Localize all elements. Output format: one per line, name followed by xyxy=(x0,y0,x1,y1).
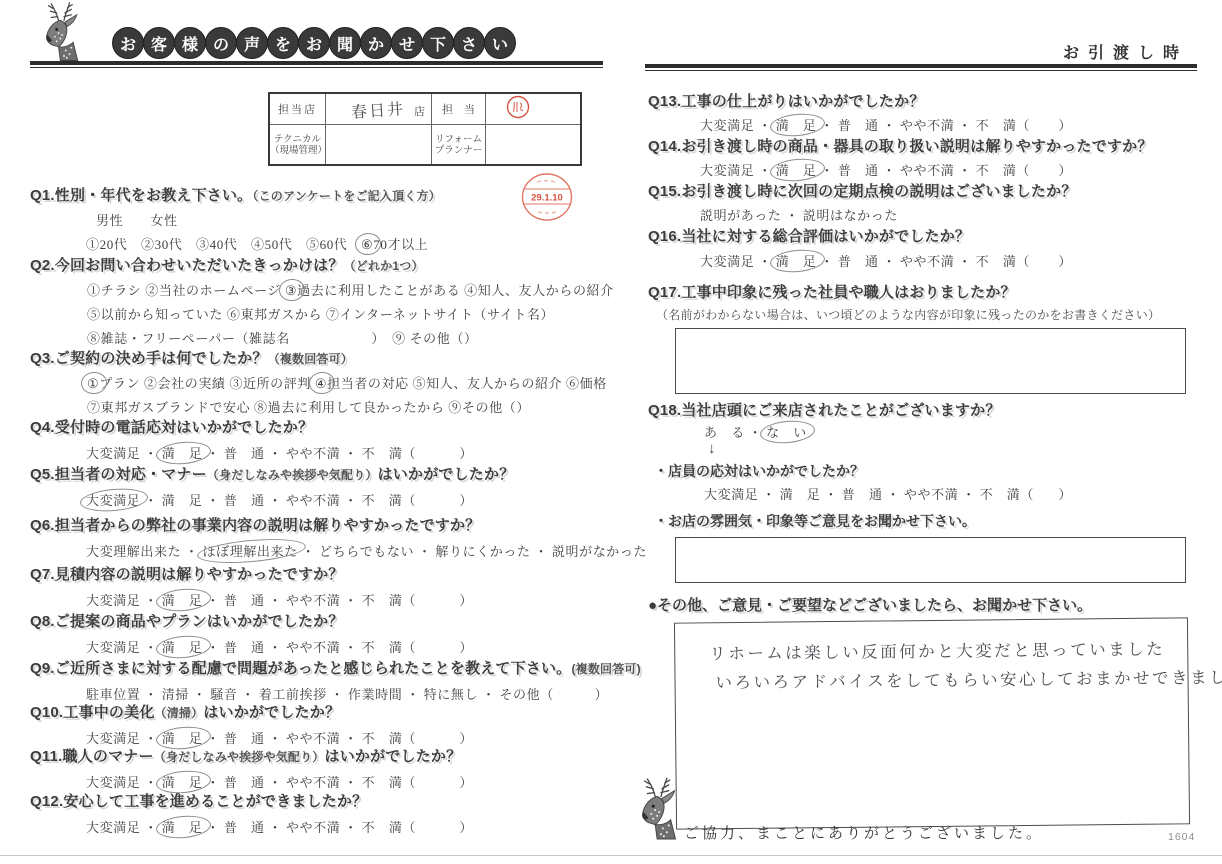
handwritten-circle-mark: 満 足 xyxy=(162,731,203,746)
text-segment: （身だしなみや挨拶や気配り） xyxy=(154,750,325,764)
other-comments-heading: ●その他、ご意見・ご要望などございましたら、お聞かせ下さい。 xyxy=(648,594,1092,615)
question-heading: Q10.工事中の美化（清掃）はいかがでしたか？ xyxy=(30,703,603,723)
satisfaction-scale: 大変満足 ・ 満 足 ・ 普 通 ・ やや不満 ・ 不 満（） xyxy=(30,493,603,508)
question-heading: Q1.性別・年代をお教え下さい。（このアンケートをご記入頂く方） xyxy=(30,186,603,206)
handwritten-circle-mark: ④ xyxy=(315,376,327,391)
text-segment: 性別・年代をお教え下さい。 xyxy=(55,187,253,204)
question-q4: Q4.受付時の電話応対はいかがでしたか？ 大変満足 ・ 満 足 ・ 普 通 ・ … xyxy=(30,418,603,461)
section-title-handover: お引渡し時 xyxy=(648,40,1188,63)
text-segment: お引き渡し時に次回の定期点検の説明はございましたか？ xyxy=(681,183,1076,200)
page-number: 1604 xyxy=(1168,831,1195,843)
text-segment: 担当者の対応 ⑤知人、友人からの紹介 ⑥価格 xyxy=(327,376,607,391)
text-segment: ・ 普 通 ・ やや不満 ・ 不 満（ xyxy=(817,118,1031,133)
text-segment: ） xyxy=(459,640,473,655)
text-segment: ・ 普 通 ・ やや不満 ・ 不 満（ xyxy=(203,731,417,746)
title-character: 客 xyxy=(143,27,175,59)
question-heading: Q11.職人のマナー（身だしなみや挨拶や気配り）はいかがでしたか？ xyxy=(30,747,603,767)
text-segment: 男性 女性 xyxy=(96,213,178,228)
handwritten-circle-mark: ① xyxy=(87,376,99,391)
text-segment: プラン ②会社の実績 ③近所の評判 xyxy=(99,376,315,391)
title-character: 聞 xyxy=(329,27,361,59)
scanned-survey-page: お客様の声をお聞かせ下さい お引渡し時 担当店 春日井 店 担 当 テクニカル … xyxy=(0,0,1222,864)
question-heading: Q12.安心して工事を進めることができましたか？ xyxy=(30,792,603,812)
sub-question-heading: ・お店の雰囲気・印象等ご意見をお聞かせ下さい。 xyxy=(648,511,1197,531)
text-segment: ・ 普 通 ・ やや不満 ・ 不 満（ xyxy=(203,820,417,835)
text-segment: はいかがでしたか？ xyxy=(203,704,340,721)
question-q13: Q13.工事の仕上がりはいかがでしたか？ 大変満足 ・ 満 足 ・ 普 通 ・ … xyxy=(648,92,1197,133)
handwritten-circle-mark: ⑥ xyxy=(361,237,373,252)
technical-value-cell xyxy=(326,125,432,164)
option-line: 駐車位置 ・ 清掃 ・ 騒音 ・ 着工前挨拶 ・ 作業時間 ・ 特に無し ・ そ… xyxy=(30,687,603,702)
text-segment: ） xyxy=(459,731,473,746)
comments-answer-box: リホームは楽しい反面何かと大変だと思っていました いろいろアドバイスをしてもらい… xyxy=(674,617,1190,829)
option-line: ⑦東邦ガスブランドで安心 ⑧過去に利用して良かったから ⑨その他（） xyxy=(30,400,603,415)
question-heading: Q5.担当者の対応・マナー（身だしなみや挨拶や気配り）はいかがでしたか？ xyxy=(30,465,603,485)
satisfaction-scale: 大変満足 ・ 満 足 ・ 普 通 ・ やや不満 ・ 不 満（） xyxy=(30,731,603,746)
technical-label: テクニカル （現場管理） xyxy=(270,125,326,164)
title-character: 声 xyxy=(236,27,268,59)
title-character: 下 xyxy=(422,27,454,59)
text-segment: ） xyxy=(459,446,473,461)
q18-answer-box xyxy=(675,537,1186,583)
store-value-cell: 春日井 店 xyxy=(326,94,432,125)
option-line: ⑤以前から知っていた ⑥東邦ガスから ⑦インターネットサイト（サイト名） xyxy=(30,307,603,322)
question-q3: Q3.ご契約の決め手は何でしたか？（複数回答可） ①プラン ②会社の実績 ③近所… xyxy=(30,349,603,415)
staff-label: 担 当 xyxy=(432,94,486,125)
question-q7: Q7.見積内容の説明は解りやすかったですか？ 大変満足 ・ 満 足 ・ 普 通 … xyxy=(30,565,603,608)
question-heading: Q18.当社店頭にご来店されたことがございますか？ xyxy=(648,401,1197,421)
text-segment: ・ 普 通 ・ やや不満 ・ 不 満（ xyxy=(817,254,1031,269)
question-q14: Q14.お引き渡し時の商品・器具の取り扱い説明は解りやすかったですか？ 大変満足… xyxy=(648,137,1197,178)
text-segment: ・ 普 通 ・ やや不満 ・ 不 満（ xyxy=(817,163,1031,178)
text-segment: 職人のマナー xyxy=(63,748,154,765)
question-q1: Q1.性別・年代をお教え下さい。（このアンケートをご記入頂く方） 男性 女性 ①… xyxy=(30,186,603,252)
question-q9: Q9.ご近所さまに対する配慮で問題があったと感じられたことを教えて下さい。(複数… xyxy=(30,659,603,702)
satisfaction-scale: 大変満足 ・ 満 足 ・ 普 通 ・ やや不満 ・ 不 満（） xyxy=(30,446,603,461)
text-segment: 大変満足 ・ xyxy=(86,593,162,608)
down-arrow-icon: ↓ xyxy=(648,441,1197,456)
text-segment: 大変満足 ・ xyxy=(86,731,162,746)
text-segment: ） xyxy=(459,820,473,835)
handwritten-circle-mark: 満 足 xyxy=(776,118,817,133)
text-segment: 大変満足 ・ xyxy=(700,118,776,133)
title-character: お xyxy=(298,27,330,59)
satisfaction-scale: 大変満足 ・ 満 足 ・ 普 通 ・ やや不満 ・ 不 満（） xyxy=(648,118,1197,133)
text-segment: ・ 普 通 ・ やや不満 ・ 不 満（ xyxy=(203,640,417,655)
satisfaction-scale: 大変満足 ・ 満 足 ・ 普 通 ・ やや不満 ・ 不 満（） xyxy=(30,593,603,608)
text-segment: 工事中の美化 xyxy=(63,704,154,721)
text-segment: 大変理解出来た ・ xyxy=(86,544,203,559)
text-segment: 大変満足 ・ xyxy=(86,775,162,790)
text-segment: ） xyxy=(1058,118,1072,133)
question-q5: Q5.担当者の対応・マナー（身だしなみや挨拶や気配り）はいかがでしたか？ 大変満… xyxy=(30,465,603,508)
question-heading: Q16.当社に対する総合評価はいかがでしたか？ xyxy=(648,227,1197,247)
satisfaction-scale: 大変満足 ・ 満 足 ・ 普 通 ・ やや不満 ・ 不 満（） xyxy=(648,254,1197,269)
text-segment: ） xyxy=(1058,487,1072,502)
store-label: 担当店 xyxy=(270,94,326,125)
handwritten-store-name: 春日井 xyxy=(351,96,406,123)
satisfaction-scale: 大変満足 ・ 満 足 ・ 普 通 ・ やや不満 ・ 不 満（） xyxy=(648,487,1197,502)
title-character: の xyxy=(205,27,237,59)
option-line: ⑧雑誌・フリーペーパー（雑誌名 ） ⑨ その他（） xyxy=(30,331,603,346)
satisfaction-scale: 大変満足 ・ 満 足 ・ 普 通 ・ やや不満 ・ 不 満（） xyxy=(30,775,603,790)
question-heading: Q15.お引き渡し時に次回の定期点検の説明はございましたか？ xyxy=(648,182,1197,202)
red-name-seal-stamp xyxy=(506,95,530,119)
text-segment: ） xyxy=(459,493,473,508)
text-segment: 大変満足 ・ xyxy=(700,163,776,178)
question-q16: Q16.当社に対する総合評価はいかがでしたか？ 大変満足 ・ 満 足 ・ 普 通… xyxy=(648,227,1197,269)
handwritten-circle-mark: な い xyxy=(766,425,807,440)
handwritten-comment-line: いろいろアドバイスをしてもらい安心しておまかせできました。 xyxy=(709,663,1175,697)
text-segment: ・ 普 通 ・ やや不満 ・ 不 満（ xyxy=(203,775,417,790)
title-character: か xyxy=(360,27,392,59)
text-segment: 大変満足 ・ xyxy=(86,446,162,461)
text-segment: はいかがでしたか？ xyxy=(325,748,462,765)
question-heading: Q6.担当者からの弊社の事業内容の説明は解りやすかったですか？ xyxy=(30,516,603,536)
text-segment: 大変満足 ・ xyxy=(86,640,162,655)
title-underline xyxy=(30,61,603,68)
text-segment: ご提案の商品やプランはいかがでしたか？ xyxy=(55,613,344,630)
text-segment: （清掃） xyxy=(155,706,204,720)
handwritten-circle-mark: ほぼ理解出来た xyxy=(203,544,298,559)
text-segment: ⑤以前から知っていた ⑥東邦ガスから ⑦インターネットサイト（サイト名 xyxy=(87,307,541,322)
text-segment: 安心して工事を進めることができましたか？ xyxy=(63,793,367,810)
text-segment: ・ 満 足 ・ 普 通 ・ やや不満 ・ 不 満（ xyxy=(140,493,416,508)
text-segment: はいかがでしたか？ xyxy=(378,466,515,483)
text-segment: 工事中印象に残った社員や職人はおりましたか？ xyxy=(681,284,1015,301)
sub-question-heading: ・店員の応対はいかがでしたか？ xyxy=(648,461,1197,481)
thanks-message: ご協力、まことにありがとうございました。 xyxy=(684,822,1044,843)
handwritten-circle-mark: 満 足 xyxy=(162,820,203,835)
text-segment: 大変満足 ・ xyxy=(700,254,776,269)
handwritten-circle-mark: 満 足 xyxy=(162,640,203,655)
title-character: せ xyxy=(391,27,423,59)
satisfaction-scale: 大変満足 ・ 満 足 ・ 普 通 ・ やや不満 ・ 不 満（） xyxy=(30,640,603,655)
planner-value-cell xyxy=(486,125,580,164)
title-character: 様 xyxy=(174,27,206,59)
right-section-underline xyxy=(645,64,1197,71)
text-segment: ご契約の決め手は何でしたか？ xyxy=(55,350,268,367)
satisfaction-scale: 大変満足 ・ 満 足 ・ 普 通 ・ やや不満 ・ 不 満（） xyxy=(30,820,603,835)
text-segment: 当社店頭にご来店されたことがございますか？ xyxy=(681,402,1000,419)
question-q17: Q17.工事中印象に残った社員や職人はおりましたか？ （名前がわからない場合は、… xyxy=(648,283,1197,394)
text-segment: 受付時の電話応対はいかがでしたか？ xyxy=(55,419,313,436)
question-heading: Q17.工事中印象に残った社員や職人はおりましたか？ xyxy=(648,283,1197,303)
question-heading: Q4.受付時の電話応対はいかがでしたか？ xyxy=(30,418,603,438)
staff-value-cell xyxy=(486,94,580,125)
option-line: 大変理解出来た ・ ほぼ理解出来た ・ どちらでもない ・ 解りにくかった ・ … xyxy=(30,544,603,559)
text-segment: ・ どちらでもない ・ 解りにくかった ・ 説明がなかった xyxy=(298,544,647,559)
text-segment: 工事の仕上がりはいかがでしたか？ xyxy=(681,93,924,110)
option-line: 説明があった ・ 説明はなかった xyxy=(648,208,1197,223)
question-heading: Q8.ご提案の商品やプランはいかがでしたか？ xyxy=(30,612,603,632)
text-segment: ） xyxy=(464,331,478,346)
text-segment: ・ 普 通 ・ やや不満 ・ 不 満（ xyxy=(203,593,417,608)
satisfaction-scale: 大変満足 ・ 満 足 ・ 普 通 ・ やや不満 ・ 不 満（） xyxy=(648,163,1197,178)
text-segment: ） xyxy=(1058,163,1072,178)
question-q15: Q15.お引き渡し時に次回の定期点検の説明はございましたか？ 説明があった ・ … xyxy=(648,182,1197,223)
text-segment: 過去に利用したことがある ④知人、友人からの紹介 xyxy=(297,283,614,298)
title-character: い xyxy=(484,27,516,59)
title-character: を xyxy=(267,27,299,59)
text-segment: ） xyxy=(459,593,473,608)
text-segment: 今回お問い合わせいただいたきっかけは？ xyxy=(55,257,344,274)
text-segment: 70才以上 xyxy=(373,237,428,252)
store-unit-label: 店 xyxy=(414,103,425,119)
text-segment: ） xyxy=(516,400,530,415)
option-line: ①チラシ ②当社のホームページ ③過去に利用したことがある ④知人、友人からの紹… xyxy=(30,283,603,298)
text-segment: 大変満足 ・ 満 足 ・ 普 通 ・ やや不満 ・ 不 満（ xyxy=(704,487,1034,502)
title-character: さ xyxy=(453,27,485,59)
question-heading: Q13.工事の仕上がりはいかがでしたか？ xyxy=(648,92,1197,112)
text-segment: ） xyxy=(1058,254,1072,269)
text-segment: (複数回答可) xyxy=(571,662,640,676)
text-segment: 大変満足 ・ xyxy=(86,820,162,835)
scan-bottom-edge xyxy=(0,855,1222,856)
question-heading: Q9.ご近所さまに対する配慮で問題があったと感じられたことを教えて下さい。(複数… xyxy=(30,659,603,679)
text-segment: 担当者からの弊社の事業内容の説明は解りやすかったですか？ xyxy=(55,517,481,534)
question-note: （名前がわからない場合は、いつ頃どのような内容が印象に残ったのかをお書きください… xyxy=(648,306,1197,323)
text-segment: あ る ・ xyxy=(704,425,766,440)
text-segment: 見積内容の説明は解りやすかったですか？ xyxy=(55,566,344,583)
text-segment: 当社に対する総合評価はいかがでしたか？ xyxy=(681,228,970,245)
handwritten-circle-mark: 大変満足 xyxy=(86,493,140,508)
text-segment: （複数回答可） xyxy=(268,352,353,366)
text-segment: 担当者の対応・マナー xyxy=(55,466,207,483)
deer-logo-icon xyxy=(28,2,100,66)
handwritten-circle-mark: 満 足 xyxy=(776,254,817,269)
text-segment: ） xyxy=(459,775,473,790)
title-character: お xyxy=(112,27,144,59)
question-heading: Q3.ご契約の決め手は何でしたか？（複数回答可） xyxy=(30,349,603,369)
option-line: あ る ・ な い xyxy=(648,425,1197,440)
staff-info-table: 担当店 春日井 店 担 当 テクニカル （現場管理） リフォーム プランナー xyxy=(268,92,582,166)
handwritten-circle-mark: 満 足 xyxy=(776,163,817,178)
option-line: ①プラン ②会社の実績 ③近所の評判 ④担当者の対応 ⑤知人、友人からの紹介 ⑥… xyxy=(30,376,603,391)
question-heading: Q2.今回お問い合わせいただいたきっかけは？（どれか1つ） xyxy=(30,256,603,276)
handwritten-circle-mark: 満 足 xyxy=(162,446,203,461)
text-segment: 説明があった ・ 説明はなかった xyxy=(700,208,898,223)
option-line: 男性 女性 xyxy=(30,213,603,228)
question-q11: Q11.職人のマナー（身だしなみや挨拶や気配り）はいかがでしたか？ 大変満足 ・… xyxy=(30,747,603,790)
q17-answer-box xyxy=(675,328,1186,394)
text-segment: ①20代 ②30代 ③40代 ④50代 ⑤60代 xyxy=(86,237,361,252)
question-heading: Q7.見積内容の説明は解りやすかったですか？ xyxy=(30,565,603,585)
deer-footer-icon xyxy=(632,770,690,852)
text-segment: ⑧雑誌・フリーペーパー（雑誌名 ） ⑨ その他（ xyxy=(87,331,464,346)
text-segment: ⑦東邦ガスブランドで安心 ⑧過去に利用して良かったから ⑨その他（ xyxy=(87,400,516,415)
text-segment: ①チラシ ②当社のホームページ xyxy=(87,283,285,298)
handwritten-circle-mark: 満 足 xyxy=(162,775,203,790)
question-q8: Q8.ご提案の商品やプランはいかがでしたか？ 大変満足 ・ 満 足 ・ 普 通 … xyxy=(30,612,603,655)
question-q10: Q10.工事中の美化（清掃）はいかがでしたか？ 大変満足 ・ 満 足 ・ 普 通… xyxy=(30,703,603,746)
handwritten-circle-mark: 満 足 xyxy=(162,593,203,608)
text-segment: お引き渡し時の商品・器具の取り扱い説明は解りやすかったですか？ xyxy=(681,138,1152,155)
option-line: ①20代 ②30代 ③40代 ④50代 ⑤60代 ⑥70才以上 xyxy=(30,237,603,252)
question-heading: Q14.お引き渡し時の商品・器具の取り扱い説明は解りやすかったですか？ xyxy=(648,137,1197,157)
text-segment: （身だしなみや挨拶や気配り） xyxy=(207,468,378,482)
text-segment: ・ 普 通 ・ やや不満 ・ 不 満（ xyxy=(203,446,417,461)
question-q12: Q12.安心して工事を進めることができましたか？ 大変満足 ・ 満 足 ・ 普 … xyxy=(30,792,603,835)
question-q2: Q2.今回お問い合わせいただいたきっかけは？（どれか1つ） ①チラシ ②当社のホ… xyxy=(30,256,603,346)
text-segment: （どれか1つ） xyxy=(344,259,424,273)
text-segment: ご近所さまに対する配慮で問題があったと感じられたことを教えて下さい。 xyxy=(55,660,572,677)
planner-label: リフォーム プランナー xyxy=(432,125,486,164)
text-segment: （このアンケートをご記入頂く方） xyxy=(252,189,440,203)
page-title: お客様の声をお聞かせ下さい xyxy=(112,27,515,59)
question-q18: Q18.当社店頭にご来店されたことがございますか？ あ る ・ な い ↓ ・店… xyxy=(648,401,1197,583)
handwritten-circle-mark: ③ xyxy=(285,283,297,298)
question-q6: Q6.担当者からの弊社の事業内容の説明は解りやすかったですか？ 大変理解出来た … xyxy=(30,516,603,559)
text-segment: ） xyxy=(541,307,555,322)
text-segment: 駐車位置 ・ 清掃 ・ 騒音 ・ 着工前挨拶 ・ 作業時間 ・ 特に無し ・ そ… xyxy=(86,687,608,702)
